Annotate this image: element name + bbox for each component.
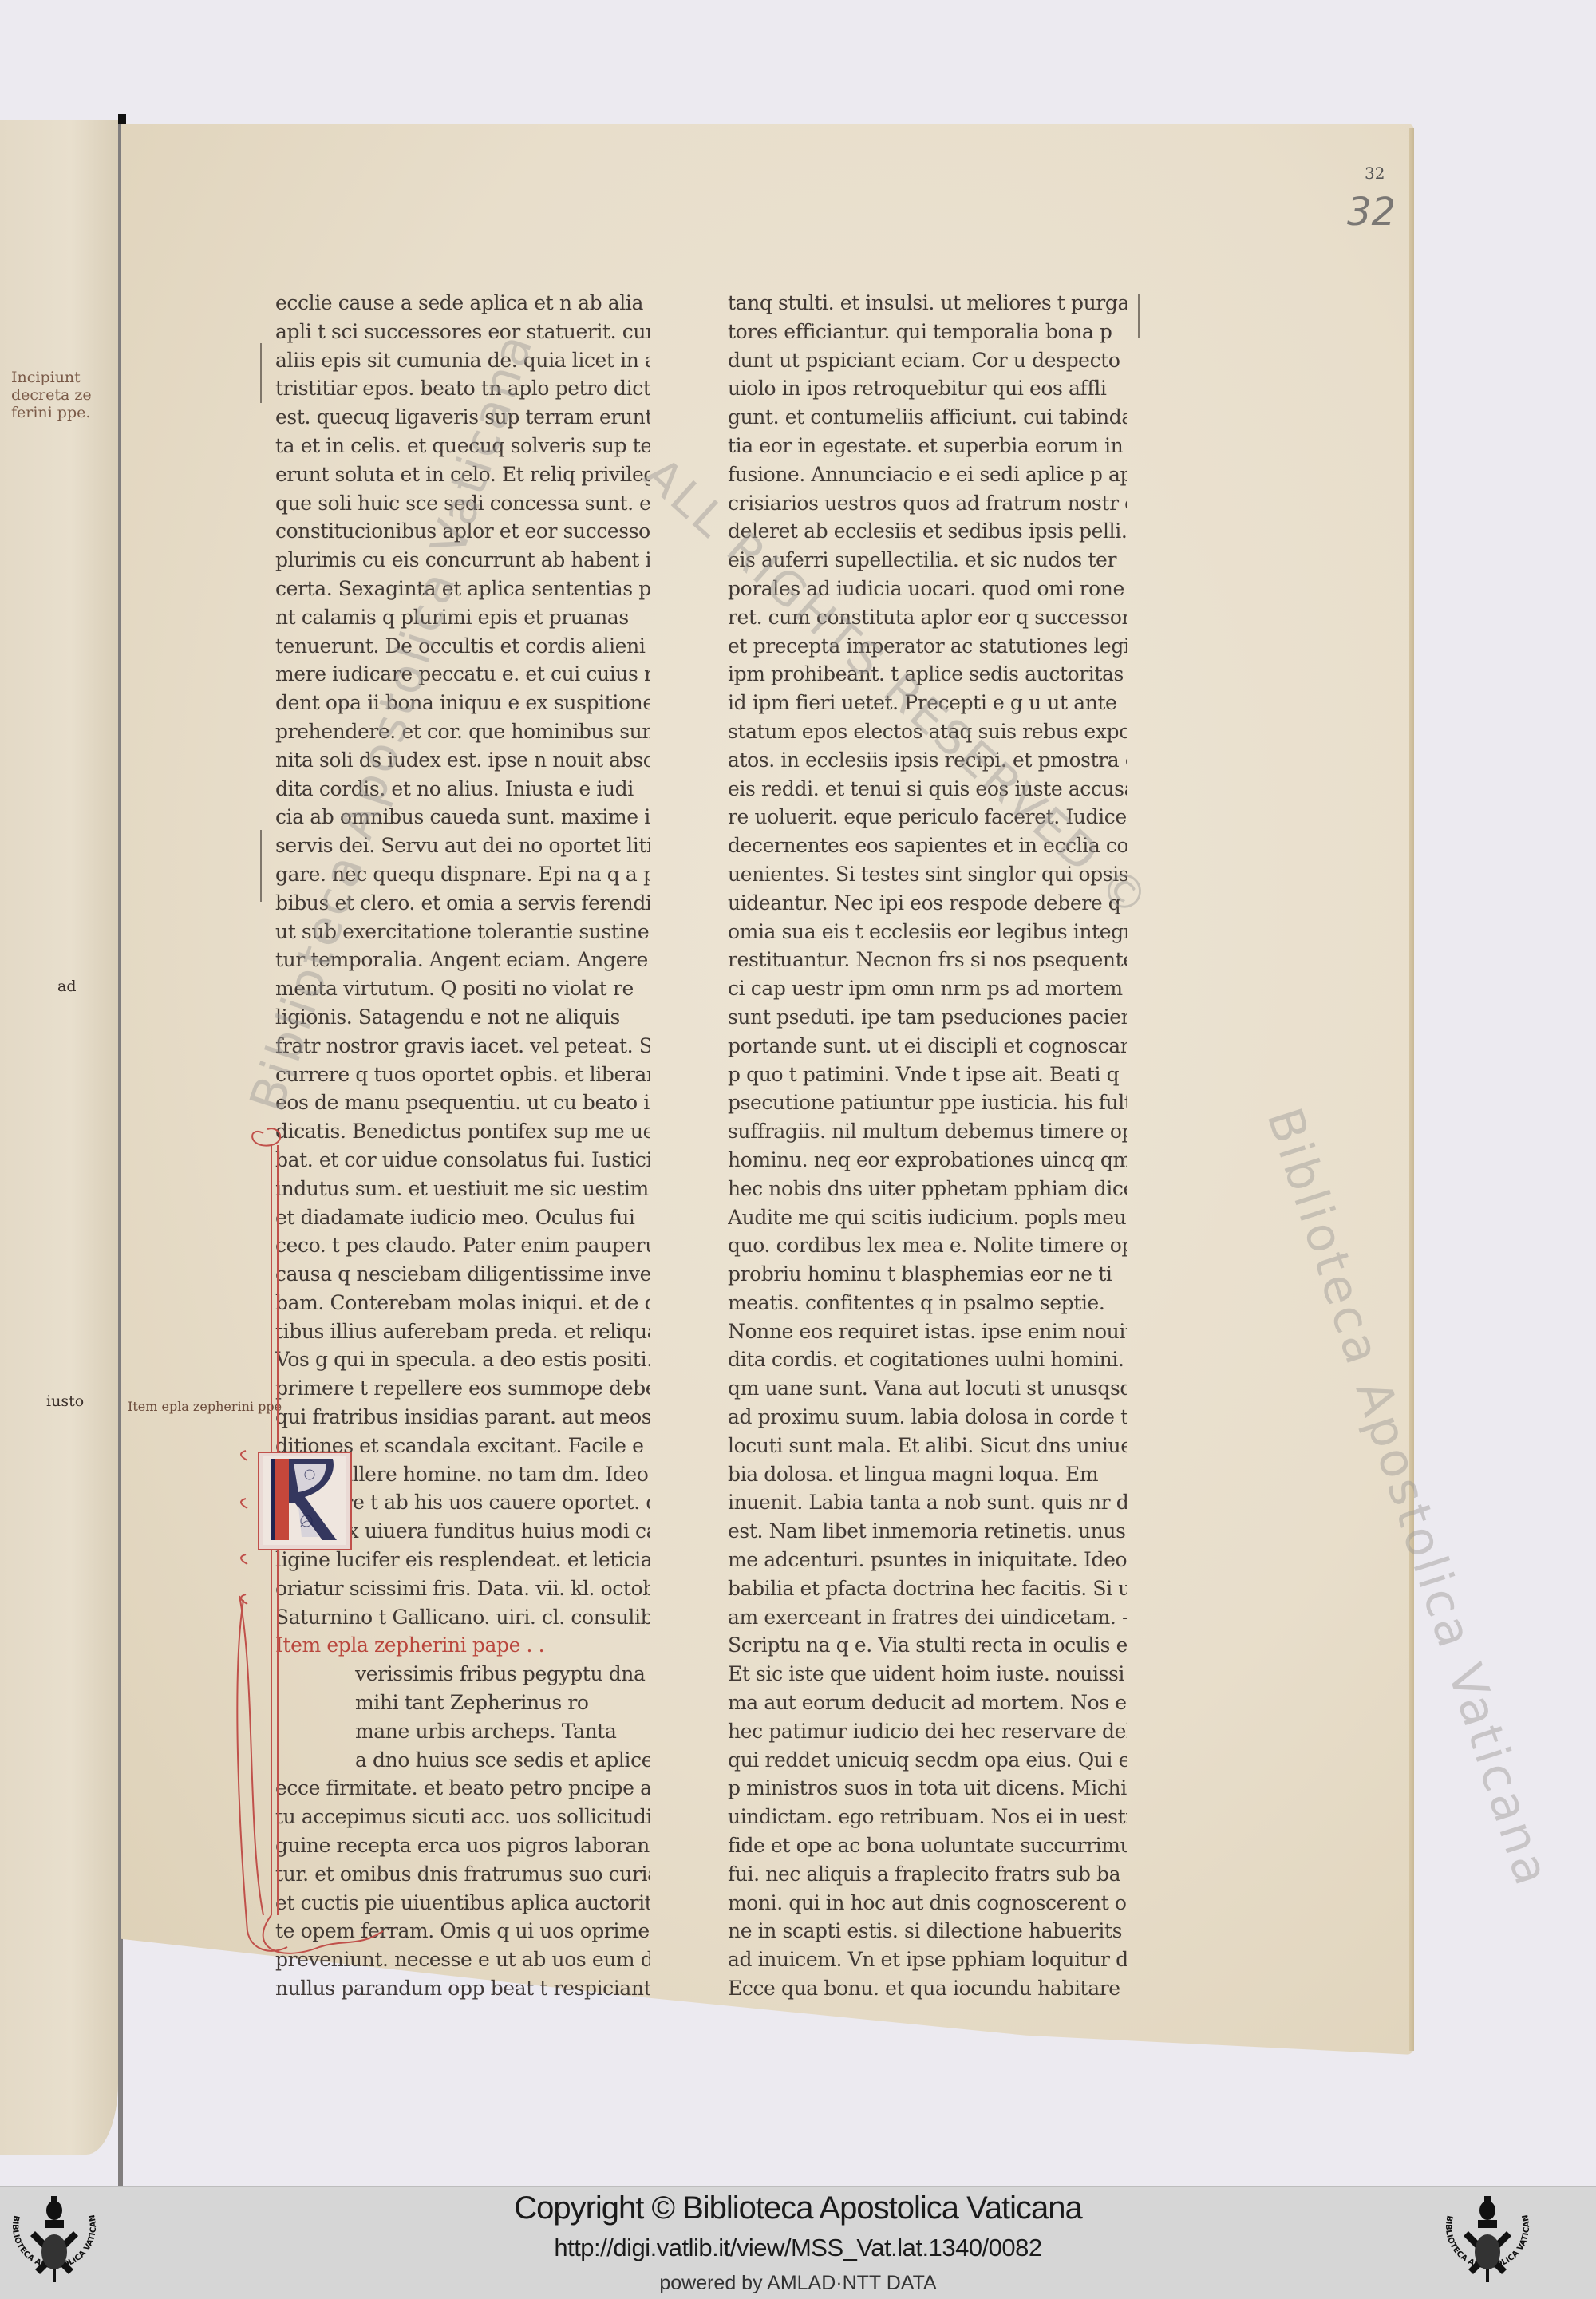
manuscript-line: p ministros suos in tota uit dicens. Mic… [728, 1774, 1127, 1803]
manuscript-line: restituantur. Necnon frs si nos psequent… [728, 946, 1127, 974]
manuscript-line: tenuerunt. De occultis et cordis alieni … [275, 632, 650, 661]
folio-number-small: 32 [1365, 164, 1385, 183]
manuscript-line: tanq stulti. et insulsi. ut meliores t p… [728, 289, 1127, 318]
marginal-bracket [260, 343, 262, 403]
marginal-note-line: ferini ppe. [11, 404, 118, 421]
manuscript-line: inuenit. Labia tanta a nob sunt. quis nr… [728, 1488, 1127, 1517]
marginal-note-line: Incipiunt decreta ze [11, 369, 118, 404]
marginal-note-incipit: Incipiunt decreta ze ferini ppe. [11, 369, 118, 421]
manuscript-line: prehendere. et cor. que hominibus sunt i… [275, 717, 650, 746]
vatican-library-seal-icon: BIBLIOTECA APOSTOLICA VATICANA [3, 2191, 105, 2293]
manuscript-line: ci cap uestr ipm omn nrm ps ad mortem [728, 974, 1127, 1003]
manuscript-line: Scriptu na q e. Via stulti recta in ocul… [728, 1631, 1127, 1660]
manuscript-line: mere iudicare peccatu e. et cui cuius no… [275, 660, 650, 689]
manuscript-line: Audite me qui scitis iudicium. popls meu… [728, 1203, 1127, 1232]
manuscript-line: fui. nec aliquis a fraplecito fratrs sub… [728, 1860, 1127, 1889]
facing-page-left: Incipiunt decreta ze ferini ppe. ad iust… [0, 120, 118, 2155]
manuscript-line: aliis epis sit cumunia de. quia licet in… [275, 346, 650, 375]
manuscript-line: fusione. Annunciacio e ei sedi aplice p … [728, 460, 1127, 489]
manuscript-line: uiolo in ipos retroquebitur qui eos affl… [728, 374, 1127, 403]
manuscript-line: dita cordis. et cogitationes uulni homin… [728, 1345, 1127, 1374]
manuscript-line: tristitiar epos. beato tn aplo petro dic… [275, 374, 650, 403]
manuscript-line: babilia et pfacta doctrina hec facitis. … [728, 1574, 1127, 1603]
manuscript-line: dunt ut pspiciant eciam. Cor u despecto … [728, 346, 1127, 375]
manuscript-line: qui reddet unicuiq secdm opa eius. Qui e… [728, 1746, 1127, 1775]
manuscript-line: portande sunt. ut ei discipli et cognosc… [728, 1032, 1127, 1061]
manuscript-line: gunt. et contumeliis afficiunt. cui tabi… [728, 403, 1127, 432]
manuscript-line: suffragiis. nil multum debemus timere op… [728, 1117, 1127, 1146]
page-edge [1409, 128, 1414, 2051]
manuscript-line: qm uane sunt. Vana aut locuti st unusqsq [728, 1374, 1127, 1403]
manuscript-line: locuti sunt mala. Et alibi. Sicut dns un… [728, 1432, 1127, 1460]
manuscript-line: me adcenturi. psuntes in iniquitate. Ide… [728, 1546, 1127, 1574]
manuscript-line: uideantur. Nec ipi eos respode debere q [728, 889, 1127, 918]
manuscript-line: nullus parandum opp beat t respiciant [275, 1974, 650, 2003]
manuscript-line: ne in scapti estis. si dilectione habuer… [728, 1917, 1127, 1945]
manuscript-line: ma aut eorum deducit ad mortem. Nos ei q… [728, 1689, 1127, 1717]
manuscript-line: ecclie cause a sede aplica et n ab alia … [275, 289, 650, 318]
vatican-library-seal-icon: BIBLIOTECA APOSTOLICA VATICANA [1436, 2191, 1539, 2293]
copyright-text: Copyright © Biblioteca Apostolica Vatica… [0, 2190, 1596, 2226]
manuscript-line: bia dolosa. et lingua magni loqua. Em [728, 1460, 1127, 1489]
manuscript-line: Ecce qua bonu. et qua iocundu habitare [728, 1974, 1127, 2003]
illuminated-initial-r [257, 1451, 353, 1551]
text-column-right: tanq stulti. et insulsi. ut meliores t p… [728, 289, 1127, 2003]
manuscript-line: Et sic iste que uident hoim iuste. nouis… [728, 1660, 1127, 1689]
manuscript-line: tia eor in egestate. et superbia eorum i… [728, 432, 1127, 460]
manuscript-line: sunt pseduti. ipe tam pseduciones pacien… [728, 1003, 1127, 1032]
manuscript-line: meatis. confitentes q in psalmo septie. [728, 1289, 1127, 1317]
manuscript-line: hec nobis dns uiter pphetam pphiam dicen… [728, 1175, 1127, 1203]
manuscript-line: currere q tuos oportet opbis. et liberar… [275, 1061, 650, 1089]
manuscript-line: et precepta imperator ac statutiones leg… [728, 632, 1127, 661]
manuscript-line: quo. cordibus lex mea e. Nolite timere o… [728, 1231, 1127, 1260]
folio-number-large: 32 [1347, 190, 1396, 235]
manuscript-line: am exerceant in fratres dei uindicetam. … [728, 1603, 1127, 1632]
marginal-bracket [1138, 294, 1140, 338]
manuscript-line: ligionis. Satagendu e not ne aliquis [275, 1003, 650, 1032]
manuscript-line: fide et ope ac bona uoluntate succurrimu… [728, 1831, 1127, 1860]
marginal-bracket [260, 830, 262, 902]
manuscript-line: eis reddi. et tenui si quis eos iuste ac… [728, 775, 1127, 804]
manuscript-line: dita cordis. et no alius. Iniusta e iudi [275, 775, 650, 804]
manuscript-line: est. Nam libet inmemoria retinetis. unus [728, 1517, 1127, 1546]
manuscript-line: omia sua eis t ecclesiis eor legibus int… [728, 918, 1127, 946]
manuscript-line: crisiarios uestros quos ad fratrum nostr… [728, 489, 1127, 518]
gutter-marker [118, 114, 126, 124]
manuscript-line: apli t sci successores eor statuerit. cu… [275, 318, 650, 346]
manuscript-line: nita soli ds iudex est. ipse n nouit abs… [275, 746, 650, 775]
manuscript-line: deleret ab ecclesiis et sedibus ipsis pe… [728, 517, 1127, 546]
marginal-note-ad: ad [57, 978, 77, 995]
manuscript-line: nt calamis q plurimi epis et pruanas [275, 603, 650, 632]
manuscript-line: eos de manu psequentiu. ut cu beato io b… [275, 1088, 650, 1117]
manuscript-line: hominu. neq eor exprobationes uincq qm [728, 1146, 1127, 1175]
manuscript-line: moni. qui in hoc aut dnis cognoscerent o… [728, 1889, 1127, 1918]
marginal-note-iusto: iusto [46, 1392, 84, 1410]
copyright-footer: Copyright © Biblioteca Apostolica Vatica… [0, 2186, 1596, 2299]
powered-by-text: powered by AMLAD·NTT DATA [0, 2272, 1596, 2295]
manuscript-line: tores efficiantur. qui temporalia bona p [728, 318, 1127, 346]
manuscript-line: ad proximu suum. labia dolosa in corde t… [728, 1403, 1127, 1432]
manuscript-line: probriu hominu t blasphemias eor ne ti [728, 1260, 1127, 1289]
manuscript-line: ad inuicem. Vn et ipse pphiam loquitur d… [728, 1945, 1127, 1974]
manuscript-line: Nonne eos requiret istas. ipse enim noui… [728, 1317, 1127, 1346]
source-url-link[interactable]: http://digi.vatlib.it/view/MSS_Vat.lat.1… [0, 2234, 1596, 2262]
manuscript-line: hec patimur iudicio dei hec reservare de… [728, 1717, 1127, 1746]
manuscript-line: fratr nostror gravis iacet. vel peteat. … [275, 1032, 650, 1061]
manuscript-line: p quo t patimini. Vnde t ipse ait. Beati… [728, 1061, 1127, 1089]
manuscript-line: dent opa ii bona iniquu e ex suspitione … [275, 689, 650, 717]
manuscript-line: psecutione patiuntur ppe iusticia. his f… [728, 1088, 1127, 1117]
manuscript-line: uindictam. ego retribuam. Nos ei in uest… [728, 1803, 1127, 1831]
